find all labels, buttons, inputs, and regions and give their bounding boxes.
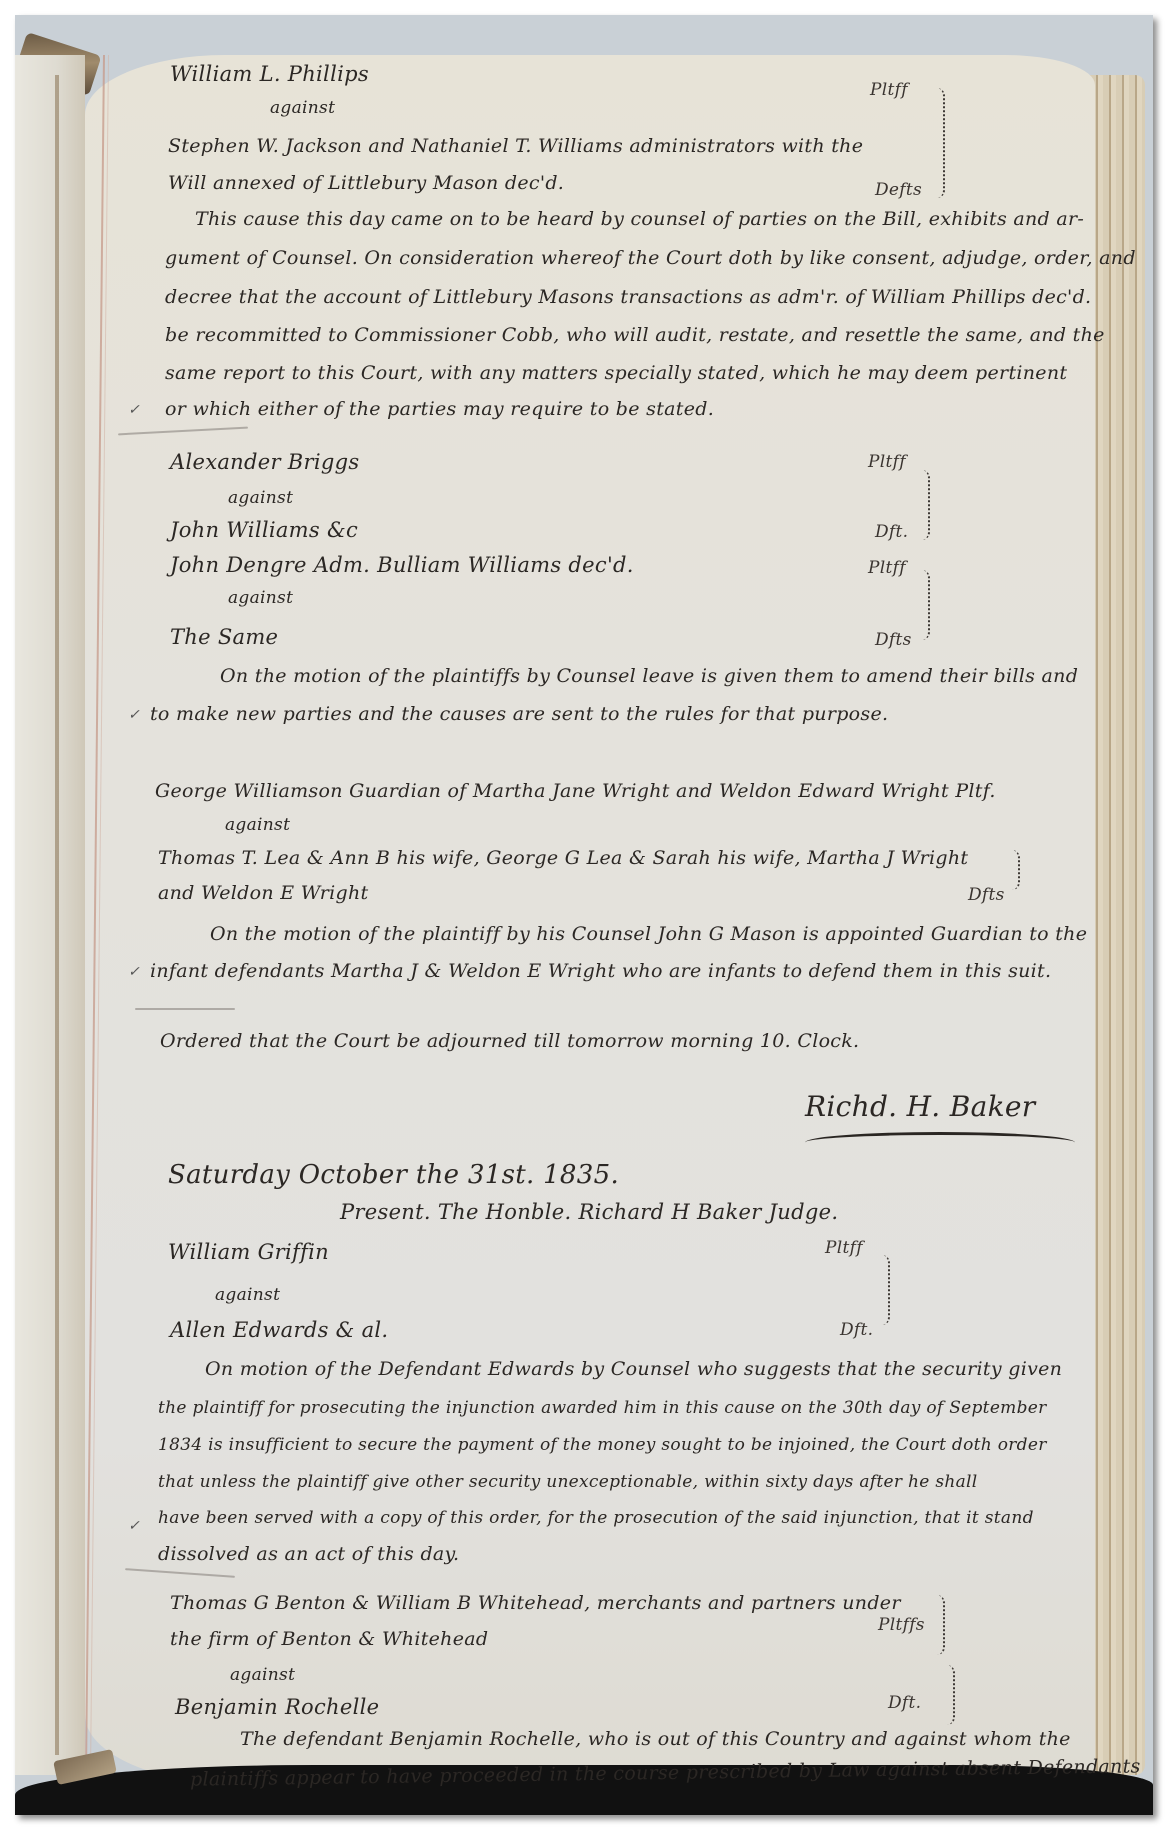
body-line: have been served with a copy of this ord… [158, 1508, 1034, 1528]
defendant-label: Defts [875, 180, 922, 200]
body-line: This cause this day came on to be heard … [195, 208, 1084, 230]
present-line: Present. The Honble. Richard H Baker Jud… [340, 1200, 838, 1224]
body-line: 1834 is insufficient to secure the payme… [158, 1435, 1047, 1455]
against-label: against [228, 588, 293, 608]
plaintiff-name: William L. Phillips [170, 62, 369, 86]
against-label: against [225, 815, 290, 835]
body-line: to make new parties and the causes are s… [150, 703, 888, 725]
body-line: be recommitted to Commissioner Cobb, who… [165, 324, 1105, 346]
case-brace [935, 88, 945, 198]
plaintiff-label: Pltff [870, 80, 908, 100]
plaintiff-name: George Williamson Guardian of Martha Jan… [155, 780, 996, 802]
plaintiff-label: Pltff [825, 1238, 863, 1258]
body-line: The defendant Benjamin Rochelle, who is … [240, 1728, 1071, 1750]
against-label: against [228, 488, 293, 508]
body-line: On the motion of the plaintiff by his Co… [210, 923, 1087, 945]
signature-flourish [805, 1132, 1075, 1153]
entry-separator [135, 1008, 235, 1010]
defendant-label: Dfts [968, 885, 1005, 905]
against-label: against [230, 1665, 295, 1685]
case-brace [920, 470, 930, 540]
defendant-name: Benjamin Rochelle [175, 1695, 379, 1719]
against-label: against [270, 98, 335, 118]
margin-checkmark: ✓ [128, 707, 140, 723]
defendant-name: John Williams &c [170, 518, 358, 542]
body-line: decree that the account of Littlebury Ma… [165, 286, 1091, 308]
margin-checkmark: ✓ [128, 964, 140, 980]
plaintiff-label: Pltff [868, 558, 906, 578]
defendant-name: The Same [170, 625, 278, 649]
plaintiff-label: Pltff [868, 452, 906, 472]
body-line: infant defendants Martha J & Weldon E Wr… [150, 960, 1051, 982]
judge-signature: Richd. H. Baker [805, 1090, 1035, 1123]
defendant-line: Stephen W. Jackson and Nathaniel T. Will… [168, 135, 863, 157]
body-line: the plaintiff for prosecuting the injunc… [158, 1398, 1047, 1418]
margin-checkmark: ✓ [128, 402, 140, 418]
defendant-line: Will annexed of Littlebury Mason dec'd. [168, 172, 564, 194]
adjournment-text: Ordered that the Court be adjourned till… [160, 1030, 859, 1052]
against-label: against [215, 1285, 280, 1305]
plaintiff-line: Thomas G Benton & William B Whitehead, m… [170, 1592, 901, 1614]
defendant-label: Dfts [875, 630, 912, 650]
body-line: that unless the plaintiff give other sec… [158, 1472, 978, 1492]
defendant-line: Thomas T. Lea & Ann B his wife, George G… [158, 847, 968, 869]
case-brace [1010, 850, 1020, 890]
case-brace [935, 1595, 945, 1655]
case-brace [920, 570, 930, 640]
body-line: same report to this Court, with any matt… [165, 362, 1067, 384]
margin-checkmark: ✓ [128, 1518, 140, 1534]
body-line: dissolved as an act of this day. [158, 1543, 459, 1565]
plaintiff-line: the firm of Benton & Whitehead [170, 1628, 488, 1650]
body-line: On the motion of the plaintiffs by Couns… [220, 665, 1078, 687]
body-line: On motion of the Defendant Edwards by Co… [205, 1358, 1062, 1380]
defendant-name: Allen Edwards & al. [170, 1318, 388, 1342]
spine-gutter [55, 75, 59, 1755]
plaintiff-name: John Dengre Adm. Bulliam Williams dec'd. [170, 553, 634, 577]
plaintiff-name: William Griffin [168, 1240, 329, 1264]
defendant-label: Dft. [888, 1693, 921, 1713]
case-brace [945, 1665, 955, 1725]
body-line: or which either of the parties may requi… [165, 398, 714, 420]
body-line: gument of Counsel. On consideration wher… [165, 247, 1136, 269]
plaintiff-name: Alexander Briggs [170, 450, 359, 474]
left-page-edge [15, 55, 85, 1775]
defendant-label: Dft. [875, 522, 908, 542]
defendant-label: Dft. [840, 1320, 873, 1340]
plaintiff-label: Pltffs [878, 1615, 925, 1635]
defendant-line: and Weldon E Wright [158, 882, 368, 904]
session-date: Saturday October the 31st. 1835. [168, 1160, 619, 1190]
case-brace [880, 1255, 890, 1325]
